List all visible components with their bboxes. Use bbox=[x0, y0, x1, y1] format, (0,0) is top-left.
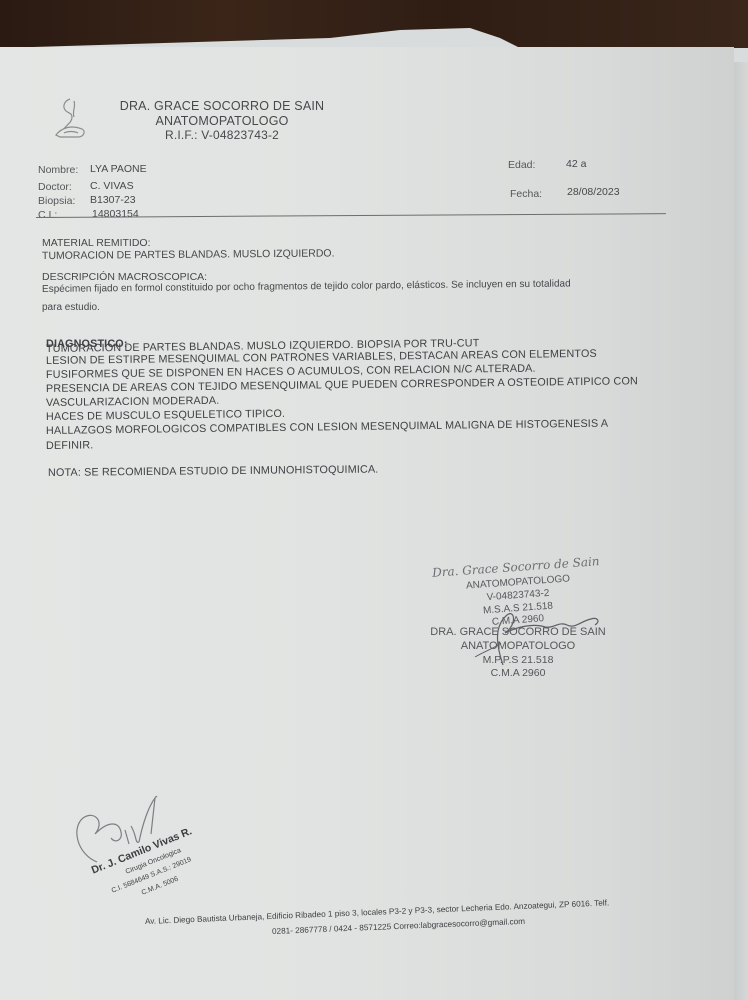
recommendation-note: NOTA: SE RECOMIENDA ESTUDIO DE INMUNOHIS… bbox=[48, 464, 379, 479]
lab-doctor-title: ANATOMOPATOLOGO bbox=[102, 114, 342, 128]
diagnosis-line: DEFINIR. bbox=[46, 439, 94, 452]
diagnosis-line: HACES DE MUSCULO ESQUELETICO TIPICO. bbox=[46, 408, 285, 423]
edad-label: Edad: bbox=[508, 159, 535, 171]
doctor-label: Doctor: bbox=[38, 181, 72, 193]
ci-label: C.I.: bbox=[38, 209, 57, 221]
diagnosis-line: VASCULARIZACION MODERADA. bbox=[46, 395, 219, 409]
material-text: TUMORACION DE PARTES BLANDAS. MUSLO IZQU… bbox=[42, 247, 335, 262]
microscope-emblem-icon bbox=[50, 95, 90, 143]
pathology-report-page: DRA. GRACE SOCORRO DE SAIN ANATOMOPATOLO… bbox=[0, 47, 734, 1000]
pathologist-signature bbox=[455, 587, 605, 667]
paper-edge bbox=[734, 62, 748, 1000]
patient-age: 42 a bbox=[566, 158, 586, 170]
patient-id: 14803154 bbox=[92, 208, 139, 220]
biopsy-number: B1307-23 bbox=[90, 194, 136, 206]
patient-name: LYA PAONE bbox=[90, 163, 147, 175]
biopsia-label: Biopsia: bbox=[38, 195, 75, 207]
fecha-label: Fecha: bbox=[510, 188, 542, 200]
report-date: 28/08/2023 bbox=[567, 186, 620, 198]
material-heading: MATERIAL REMITIDO: bbox=[42, 237, 151, 249]
referring-doctor: C. VIVAS bbox=[90, 180, 134, 192]
lab-rif: R.I.F.: V-04823743-2 bbox=[102, 128, 342, 142]
macro-text-line2: para estudio. bbox=[42, 302, 100, 313]
nombre-label: Nombre: bbox=[38, 164, 78, 176]
macro-heading: DESCRIPCIÓN MACROSCOPICA: bbox=[42, 271, 207, 283]
lab-doctor-name: DRA. GRACE SOCORRO DE SAIN bbox=[102, 99, 342, 113]
stamp-cma: C.M.A 2960 bbox=[438, 667, 598, 679]
footer-contact: 0281- 2867778 / 0424 - 8571225 Correo:la… bbox=[272, 917, 525, 936]
